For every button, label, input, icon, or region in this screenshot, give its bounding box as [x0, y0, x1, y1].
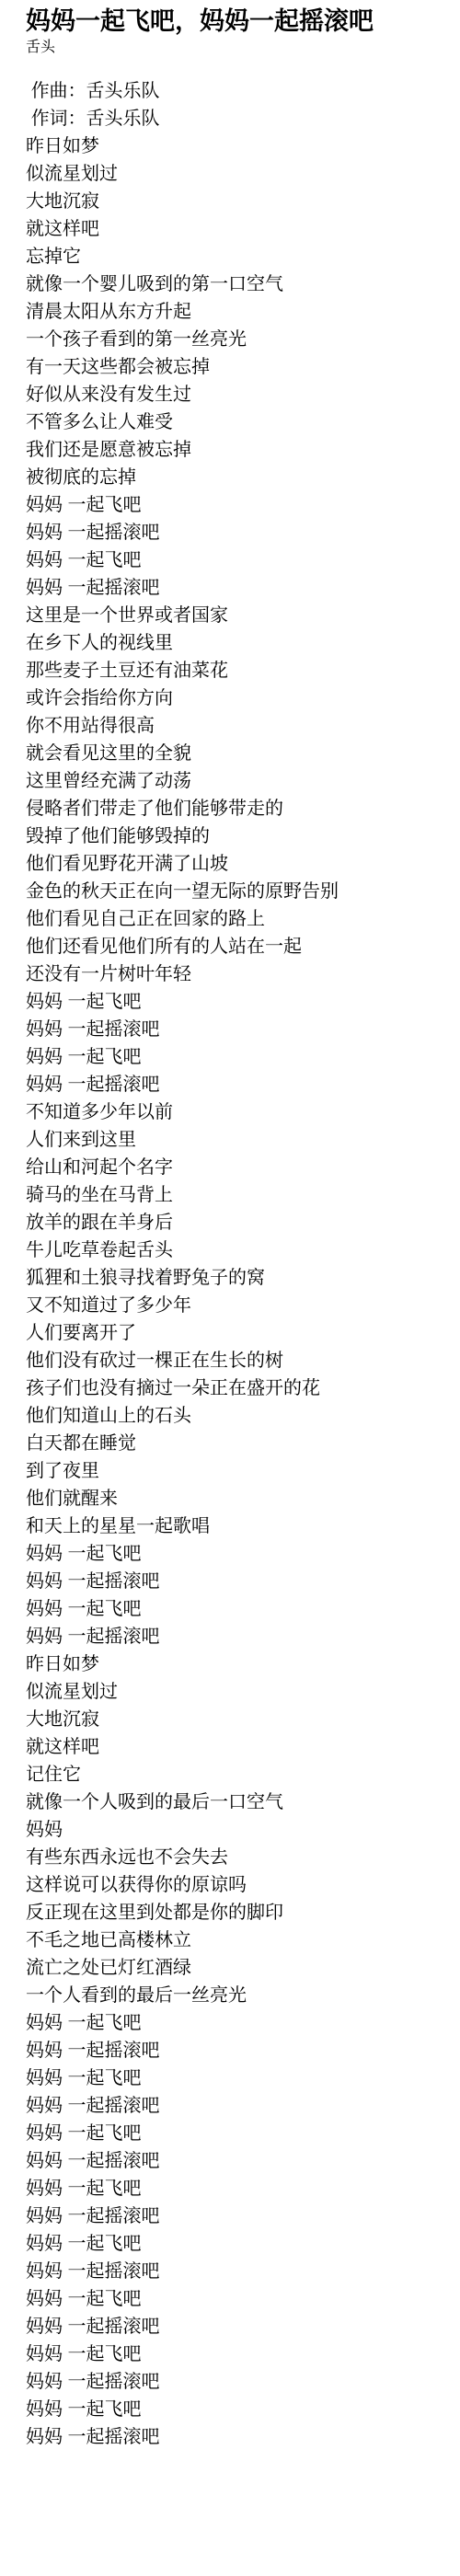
lyric-line: 妈妈 一起摇滚吧 [26, 1623, 449, 1650]
lyric-line: 一个人看到的最后一丝亮光 [26, 1982, 449, 2009]
lyric-line: 作词：舌头乐队 [26, 105, 449, 132]
lyric-line: 昨日如梦 [26, 132, 449, 160]
lyric-line: 一个孩子看到的第一丝亮光 [26, 326, 449, 353]
lyric-line: 他们看见野花开满了山坡 [26, 850, 449, 878]
lyric-line: 妈妈 一起飞吧 [26, 491, 449, 519]
lyric-line: 妈妈 一起飞吧 [26, 988, 449, 1016]
lyric-line: 有些东西永远也不会失去 [26, 1844, 449, 1871]
lyrics-page: 妈妈一起飞吧，妈妈一起摇滚吧 舌头 作曲：舌头乐队 作词：舌头乐队昨日如梦似流星… [0, 0, 460, 2576]
lyric-line: 妈妈 一起摇滚吧 [26, 2423, 449, 2451]
lyric-line: 作曲：舌头乐队 [26, 77, 449, 105]
lyric-line: 大地沉寂 [26, 188, 449, 215]
lyric-line: 流亡之处已灯红酒绿 [26, 1954, 449, 1982]
lyric-line: 在乡下人的视线里 [26, 629, 449, 657]
lyric-line: 妈妈 一起摇滚吧 [26, 574, 449, 602]
lyric-line: 给山和河起个名字 [26, 1154, 449, 1181]
lyric-line: 妈妈 一起摇滚吧 [26, 1568, 449, 1595]
lyric-line: 又不知道过了多少年 [26, 1292, 449, 1319]
lyric-line: 狐狸和土狼寻找着野兔子的窝 [26, 1264, 449, 1292]
lyric-line: 他们还看见他们所有的人站在一起 [26, 933, 449, 960]
lyric-line: 清晨太阳从东方升起 [26, 298, 449, 326]
lyric-line: 妈妈 一起飞吧 [26, 2120, 449, 2147]
lyric-line: 妈妈 一起飞吧 [26, 1043, 449, 1071]
lyric-line: 就这样吧 [26, 1733, 449, 1761]
lyric-line: 妈妈 一起摇滚吧 [26, 2147, 449, 2175]
lyric-line: 不毛之地已高楼林立 [26, 1926, 449, 1954]
lyric-line: 还没有一片树叶年轻 [26, 960, 449, 988]
lyric-line: 妈妈 一起摇滚吧 [26, 2313, 449, 2340]
lyric-line: 他们知道山上的石头 [26, 1402, 449, 1430]
lyric-line: 侵略者们带走了他们能够带走的 [26, 795, 449, 822]
lyric-line: 妈妈 一起摇滚吧 [26, 2092, 449, 2120]
lyric-line: 妈妈 [26, 1816, 449, 1844]
lyric-line: 妈妈 一起飞吧 [26, 2064, 449, 2092]
lyric-line: 骑马的坐在马背上 [26, 1181, 449, 1209]
lyric-line: 就像一个婴儿吸到的第一口空气 [26, 270, 449, 298]
lyric-line: 好似从来没有发生过 [26, 381, 449, 408]
lyric-line: 有一天这些都会被忘掉 [26, 353, 449, 381]
lyric-line: 似流星划过 [26, 160, 449, 188]
lyric-line: 我们还是愿意被忘掉 [26, 436, 449, 464]
lyric-line: 记住它 [26, 1761, 449, 1788]
lyric-line: 那些麦子土豆还有油菜花 [26, 657, 449, 684]
lyric-line: 妈妈 一起摇滚吧 [26, 2202, 449, 2230]
lyric-line: 这样说可以获得你的原谅吗 [26, 1871, 449, 1899]
lyric-line: 金色的秋天正在向一望无际的原野告别 [26, 878, 449, 905]
lyric-line: 就这样吧 [26, 215, 449, 243]
lyric-line: 他们就醒来 [26, 1485, 449, 1512]
lyric-line: 忘掉它 [26, 243, 449, 270]
lyric-line: 不知道多少年以前 [26, 1098, 449, 1126]
lyric-line: 妈妈 一起飞吧 [26, 2396, 449, 2423]
lyric-line: 妈妈 一起飞吧 [26, 1540, 449, 1568]
lyric-line: 人们来到这里 [26, 1126, 449, 1154]
lyric-line: 就像一个人吸到的最后一口空气 [26, 1788, 449, 1816]
lyric-line: 白天都在睡觉 [26, 1430, 449, 1457]
lyric-line: 妈妈 一起飞吧 [26, 2340, 449, 2368]
lyric-line: 和天上的星星一起歌唱 [26, 1512, 449, 1540]
lyric-line: 昨日如梦 [26, 1650, 449, 1678]
lyric-line: 妈妈 一起飞吧 [26, 2285, 449, 2313]
lyric-line: 不管多么让人难受 [26, 408, 449, 436]
artist-name: 舌头 [26, 38, 449, 58]
lyric-line: 妈妈 一起摇滚吧 [26, 1016, 449, 1043]
lyric-line: 或许会指给你方向 [26, 684, 449, 712]
lyric-line: 这里曾经充满了动荡 [26, 767, 449, 795]
lyric-line: 妈妈 一起摇滚吧 [26, 2258, 449, 2285]
lyric-line: 妈妈 一起飞吧 [26, 2230, 449, 2258]
lyric-line: 毁掉了他们能够毁掉的 [26, 822, 449, 850]
lyric-line: 妈妈 一起摇滚吧 [26, 1071, 449, 1098]
lyric-line: 他们没有砍过一棵正在生长的树 [26, 1347, 449, 1374]
lyric-line: 孩子们也没有摘过一朵正在盛开的花 [26, 1374, 449, 1402]
lyric-line: 妈妈 一起摇滚吧 [26, 2037, 449, 2064]
lyric-line: 到了夜里 [26, 1457, 449, 1485]
lyric-line: 他们看见自己正在回家的路上 [26, 905, 449, 933]
lyric-line: 妈妈 一起飞吧 [26, 2009, 449, 2037]
lyrics-body: 作曲：舌头乐队 作词：舌头乐队昨日如梦似流星划过大地沉寂就这样吧忘掉它就像一个婴… [26, 77, 449, 2451]
lyric-line: 妈妈 一起飞吧 [26, 546, 449, 574]
lyric-line: 似流星划过 [26, 1678, 449, 1706]
lyric-line: 妈妈 一起摇滚吧 [26, 2368, 449, 2396]
page-title: 妈妈一起飞吧，妈妈一起摇滚吧 [26, 6, 449, 37]
lyric-line: 妈妈 一起飞吧 [26, 2175, 449, 2202]
lyric-line: 被彻底的忘掉 [26, 464, 449, 491]
lyric-line: 妈妈 一起飞吧 [26, 1595, 449, 1623]
lyric-line: 就会看见这里的全貌 [26, 740, 449, 767]
lyric-line: 反正现在这里到处都是你的脚印 [26, 1899, 449, 1926]
lyric-line: 人们要离开了 [26, 1319, 449, 1347]
lyric-line: 大地沉寂 [26, 1706, 449, 1733]
lyric-line: 牛儿吃草卷起舌头 [26, 1236, 449, 1264]
lyric-line: 这里是一个世界或者国家 [26, 602, 449, 629]
lyric-line: 放羊的跟在羊身后 [26, 1209, 449, 1236]
lyric-line: 妈妈 一起摇滚吧 [26, 519, 449, 546]
lyric-line: 你不用站得很高 [26, 712, 449, 740]
